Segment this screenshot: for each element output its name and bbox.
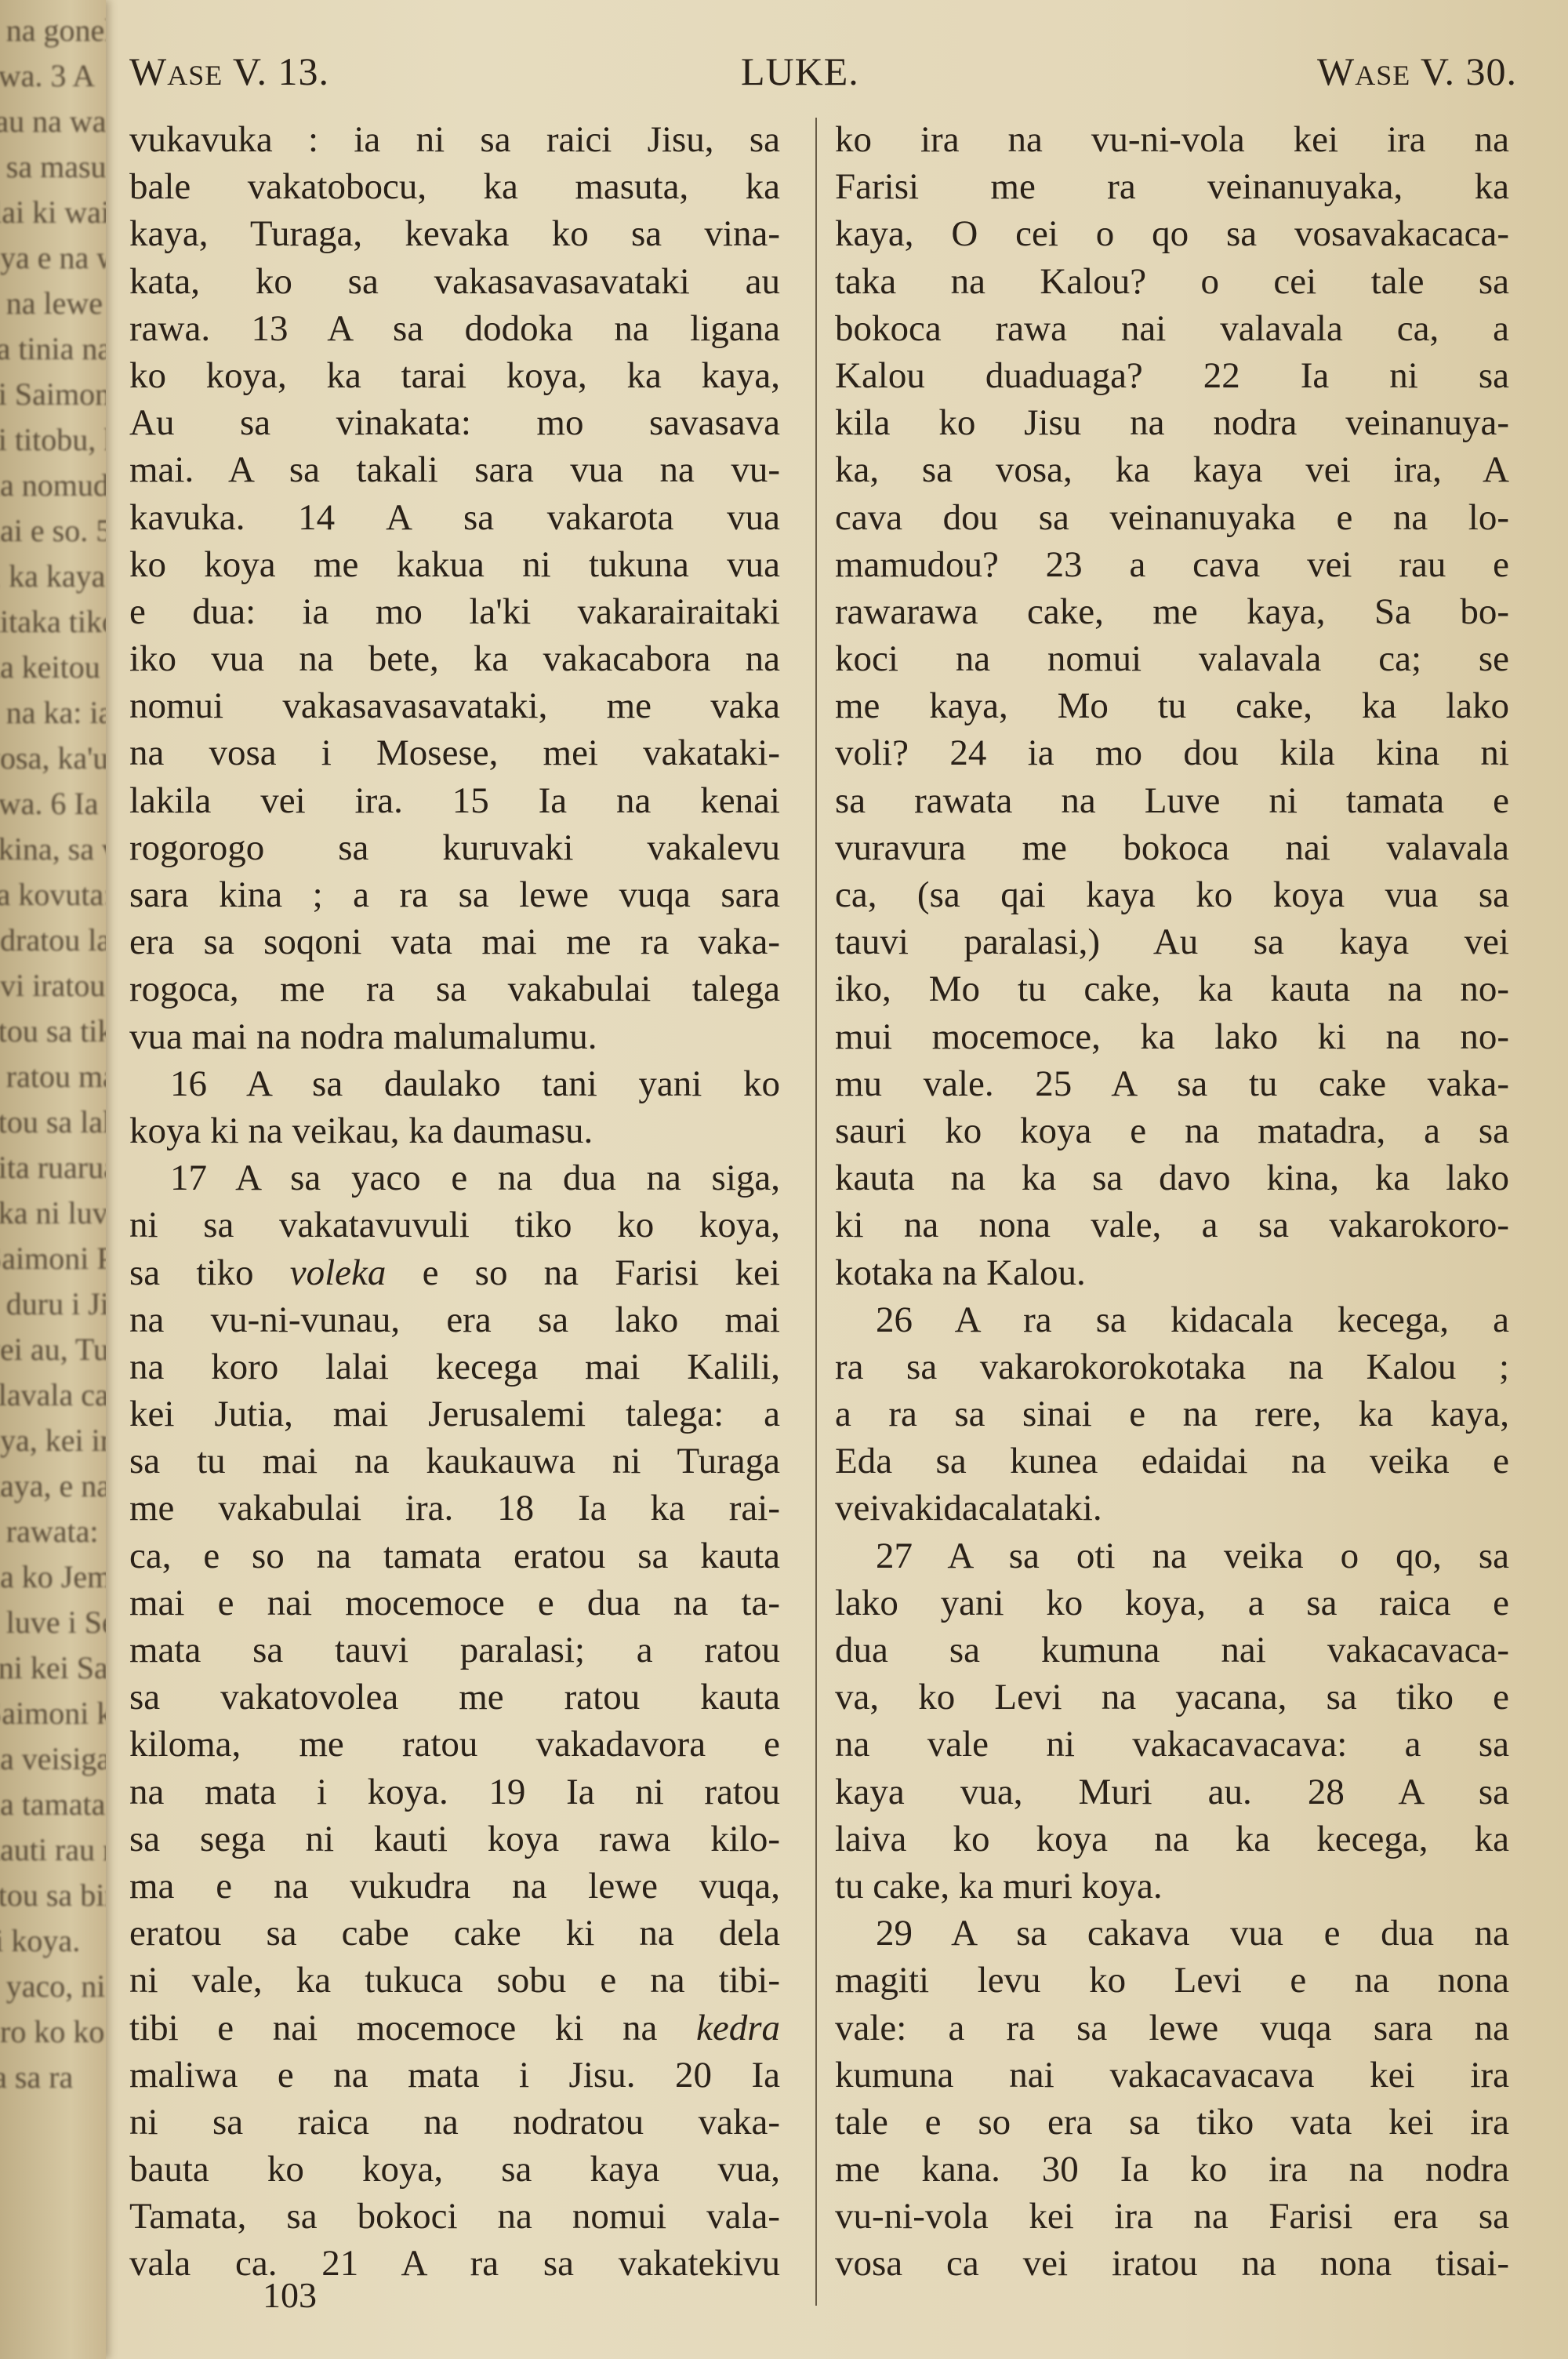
previous-page-line: eka ni luvu (0, 1190, 106, 1236)
running-head: WASE V. 13. LUKE. WASE V. 30. (129, 49, 1517, 104)
previous-page-line: ei Saimoni, (0, 372, 106, 417)
text-line: ma e na vukudra na lewe vuqa, (129, 1863, 780, 1910)
left-text-column: vukavuka : ia ni sa raici Jisu, sabale v… (129, 116, 780, 2288)
text-line: sara kina ; a ra sa lewe vuqa sara (129, 871, 780, 918)
previous-page-line: sa tinia na (0, 326, 106, 372)
text-line: ni sa raica na nodratou vaka- (129, 2099, 780, 2146)
previous-page-line: nai e so. 5 (0, 508, 106, 554)
italic-word: kedra (696, 2008, 780, 2048)
text-line: kata, ko sa vakasavasavataki au (129, 258, 780, 305)
text-line: vosa ca vei iratou na nona tisai- (835, 2240, 1509, 2287)
text-line: vuravura me bokoca nai valavala (835, 824, 1509, 871)
text-line: nomui vakasavasavataki, me vaka (129, 682, 780, 729)
previous-page-line: a na gonel (0, 8, 106, 53)
previous-page-line: ka keitou sa (0, 645, 106, 690)
text-line: mui mocemoce, ka lako ki na no- (835, 1013, 1509, 1060)
text-line: na koro lalai kecega mai Kalili, (129, 1343, 780, 1390)
previous-page-line: Saimoni Pet (0, 1236, 106, 1281)
text-line: kaya vua, Muri au. 28 A sa (835, 1768, 1509, 1816)
text-line: kaya, Turaga, kevaka ko sa vina- (129, 210, 780, 257)
text-line: tale e so era sa tiko vata kei ira (835, 2099, 1509, 2146)
previous-page-line: a duru i Jis (0, 1281, 106, 1327)
previous-page-line: rau na wa (0, 99, 106, 144)
text-line: taka na Kalou? o cei tale sa (835, 258, 1509, 305)
previous-page-line: ai titobu, k (0, 417, 106, 463)
text-line: me kana. 30 Ia ko ira na nodra (835, 2146, 1509, 2193)
previous-page-line: a rawata: I (0, 1509, 106, 1554)
text-line: Farisi me ra veinanuyaka, ka (835, 163, 1509, 210)
text-line: bokoca rawa nai valavala ca, a (835, 305, 1509, 352)
text-line: veivakidacalataki. (835, 1485, 1509, 1532)
previous-page-line: na tamata (0, 1782, 106, 1827)
running-head-left: WASE V. 13. (129, 49, 329, 94)
text-line: ki na nona vale, a sa vakarokoro- (835, 1201, 1509, 1249)
text-line: tu cake, ka muri koya. (835, 1863, 1509, 1910)
text-line: iko vua na bete, ka vakacabora na (129, 635, 780, 682)
text-line: kaya, O cei o qo sa vosavakacaca- (835, 210, 1509, 257)
text-line: sa tiko voleka e so na Farisi kei (129, 1249, 780, 1296)
text-line: Kalou duaduaga? 22 Ia ni sa (835, 352, 1509, 399)
text-line: maliwa e na mata i Jisu. 20 Ia (129, 2052, 780, 2099)
text-line: koya ki na veikau, ka daumasu. (129, 1107, 780, 1154)
text-line: bale vakatobocu, ka masuta, ka (129, 163, 780, 210)
text-line: voli? 24 ia mo dou kila kina ni (835, 729, 1509, 776)
text-line: rawa. 13 A sa dodoka na ligana (129, 305, 780, 352)
previous-page-line: i, ka kaya v (0, 554, 106, 599)
text-line: ca, e so na tamata eratou sa kauta (129, 1532, 780, 1579)
text-line: sa tu mai na kaukauwa ni Turaga (129, 1438, 780, 1485)
previous-page-line: ovi iratou n (0, 963, 106, 1009)
page-number: 103 (263, 2274, 317, 2316)
text-line: na vu-ni-vunau, era sa lako mai (129, 1296, 780, 1343)
previous-page-line: atou sa lako (0, 1100, 106, 1145)
text-line: Au sa vinakata: mo savasava (129, 399, 780, 446)
text-line: bauta ko koya, sa kaya vua, (129, 2146, 780, 2193)
text-line: 29 A sa cakava vua e dua na (835, 1910, 1509, 1957)
text-line: mu vale. 25 A sa tu cake vaka- (835, 1060, 1509, 1107)
text-line: eratou sa cabe cake ki na dela (129, 1910, 780, 1957)
previous-page-line: ani kei Saim (0, 1645, 106, 1691)
previous-page-line: a luve i Sep (0, 1600, 106, 1645)
text-line: iko, Mo tu cake, ka kauta na no- (835, 965, 1509, 1012)
text-line: ni vale, ka tukuca sobu e na tibi- (129, 1957, 780, 2004)
previous-page-line: a sa masu (0, 144, 106, 190)
previous-page-line: ri koya. (0, 1918, 106, 1964)
previous-page-line: ilai ki wai. (0, 190, 106, 235)
text-line: sa sega ni kauti koya rawa kilo- (129, 1816, 780, 1863)
previous-page-line: a na ka: ia (0, 690, 106, 736)
previous-page-text: a na gonelawa. 3 Arau na waa sa masuilai… (0, 0, 106, 2100)
text-line: ra sa vakarokorokotaka na Kalou ; (835, 1343, 1509, 1390)
previous-page-line: oya, kei ira k (0, 1418, 106, 1463)
previous-page-line: Saimoni ko J (0, 1691, 106, 1736)
text-line: mamudou? 23 a cava vei rau e (835, 541, 1509, 588)
text-line: 17 A sa yaco e na dua na siga, (129, 1154, 780, 1201)
text-line: ko koya me kakua ni tukuna vua (129, 541, 780, 588)
text-line: vua mai na nodra malumalumu. (129, 1013, 780, 1060)
text-line: sa rawata na Luve ni tamata e (835, 777, 1509, 824)
previous-page-line: kaya, e na v (0, 1463, 106, 1509)
text-line: vala ca. 21 A ra sa vakatekivu (129, 2240, 780, 2287)
text-line: dua sa kumuna nai vakacavaca- (835, 1627, 1509, 1674)
text-line: kiloma, me ratou vakadavora e (129, 1721, 780, 1768)
italic-word: voleka (290, 1252, 387, 1293)
text-line: lako yani ko koya, a sa raica e (835, 1579, 1509, 1627)
previous-page-line: a yaco, ni s (0, 1964, 106, 2009)
column-divider (815, 118, 817, 2306)
text-line: kei Jutia, mai Jerusalemi talega: a (129, 1390, 780, 1438)
previous-page-line: ta sa ra (0, 2055, 106, 2100)
text-line: na vale ni vakacavacava: a sa (835, 1721, 1509, 1768)
text-line: era sa soqoni vata mai me ra vaka- (129, 918, 780, 965)
book-title: LUKE. (741, 49, 859, 94)
text-line: rogorogo sa kuruvaki vakalevu (129, 824, 780, 871)
previous-page-line: oro ko ko (0, 2009, 106, 2055)
previous-page-line: na nomud (0, 463, 106, 508)
text-line: Tamata, sa bokoci na nomui vala- (129, 2193, 780, 2240)
previous-page-line: na ko Jeme (0, 1554, 106, 1600)
text-line: va, ko Levi na yacana, sa tiko e (835, 1674, 1509, 1721)
text-line: 16 A sa daulako tani yani ko (129, 1060, 780, 1107)
previous-page-edge: a na gonelawa. 3 Arau na waa sa masuilai… (0, 0, 106, 2359)
previous-page-line: awa. 6 Ia (0, 781, 106, 827)
text-line: sa vakatovolea me ratou kauta (129, 1674, 780, 1721)
text-line: na vosa i Mosese, mei vakataki- (129, 729, 780, 776)
previous-page-line: sa kovuta: (0, 872, 106, 918)
text-line: vale: a ra sa lewe vuqa sara na (835, 2005, 1509, 2052)
text-line: kumuna nai vakacavacava kei ira (835, 2052, 1509, 2099)
text-line: ni sa vakatavuvuli tiko ko koya, (129, 1201, 780, 1249)
text-line: mai. A sa takali sara vua na vu- (129, 446, 780, 493)
book-page: a na gonelawa. 3 Arau na waa sa masuilai… (0, 0, 1568, 2359)
text-line: vukavuka : ia ni sa raici Jisu, sa (129, 116, 780, 163)
previous-page-line: na veisiga e (0, 1736, 106, 1782)
right-text-column: ko ira na vu-ni-vola kei ira naFarisi me… (835, 116, 1509, 2288)
previous-page-line: kauti rau n (0, 1827, 106, 1873)
previous-page-line: a na lewe v (0, 281, 106, 326)
text-line: tibi e nai mocemoce ki na kedra (129, 2005, 780, 2052)
text-line: kila ko Jisu na nodra veinanuya- (835, 399, 1509, 446)
text-line: kauta na ka sa davo kina, ka lako (835, 1154, 1509, 1201)
previous-page-line: aita ruarua (0, 1145, 106, 1190)
previous-page-line: vei au, Tur (0, 1327, 106, 1372)
text-line: ca, (sa qai kaya ko koya vua sa (835, 871, 1509, 918)
text-line: lakila vei ira. 15 Ia na kenai (129, 777, 780, 824)
text-line: na mata i koya. 19 Ia ni ratou (129, 1768, 780, 1816)
text-line: me vakabulai ira. 18 Ia ka rai- (129, 1485, 780, 1532)
previous-page-line: atou sa tiko (0, 1009, 106, 1054)
previous-page-line: atou sa bini (0, 1873, 106, 1918)
text-line: 27 A sa oti na veika o qo, sa (835, 1532, 1509, 1579)
previous-page-line: oya e na wa (0, 235, 106, 281)
text-line: rawarawa cake, me kaya, Sa bo- (835, 588, 1509, 635)
running-head-right: WASE V. 30. (1317, 49, 1517, 94)
text-line: Eda sa kunea edaidai na veika e (835, 1438, 1509, 1485)
text-line: tauvi paralasi,) Au sa kaya vei (835, 918, 1509, 965)
text-line: cava dou sa veinanuyaka e na lo- (835, 494, 1509, 541)
previous-page-line: kitaka tiko e (0, 599, 106, 645)
text-line: a ra sa sinai e na rere, ka kaya, (835, 1390, 1509, 1438)
text-line: vu-ni-vola kei ira na Farisi era sa (835, 2193, 1509, 2240)
text-line: ko koya, ka tarai koya, ka kaya, (129, 352, 780, 399)
text-line: koci na nomui valavala ca; se (835, 635, 1509, 682)
text-line: kavuka. 14 A sa vakarota vua (129, 494, 780, 541)
previous-page-line: akina, sa v (0, 827, 106, 872)
previous-page-line: alavala ca. (0, 1372, 106, 1418)
text-line: sauri ko koya e na matadra, a sa (835, 1107, 1509, 1154)
text-line: mai e nai mocemoce e dua na ta- (129, 1579, 780, 1627)
text-line: magiti levu ko Levi e na nona (835, 1957, 1509, 2004)
previous-page-line: vosa, ka'u (0, 736, 106, 781)
text-line: ko ira na vu-ni-vola kei ira na (835, 116, 1509, 163)
text-line: laiva ko koya na ka kecega, ka (835, 1816, 1509, 1863)
previous-page-line: e ratou mai (0, 1054, 106, 1100)
previous-page-line: awa. 3 A (0, 53, 106, 99)
text-line: 26 A ra sa kidacala kecega, a (835, 1296, 1509, 1343)
previous-page-line: odratou law (0, 918, 106, 963)
text-line: kotaka na Kalou. (835, 1249, 1509, 1296)
text-line: me kaya, Mo tu cake, ka lako (835, 682, 1509, 729)
text-line: mata sa tauvi paralasi; a ratou (129, 1627, 780, 1674)
text-line: rogoca, me ra sa vakabulai talega (129, 965, 780, 1012)
text-line: ka, sa vosa, ka kaya vei ira, A (835, 446, 1509, 493)
text-line: e dua: ia mo la'ki vakarairaitaki (129, 588, 780, 635)
